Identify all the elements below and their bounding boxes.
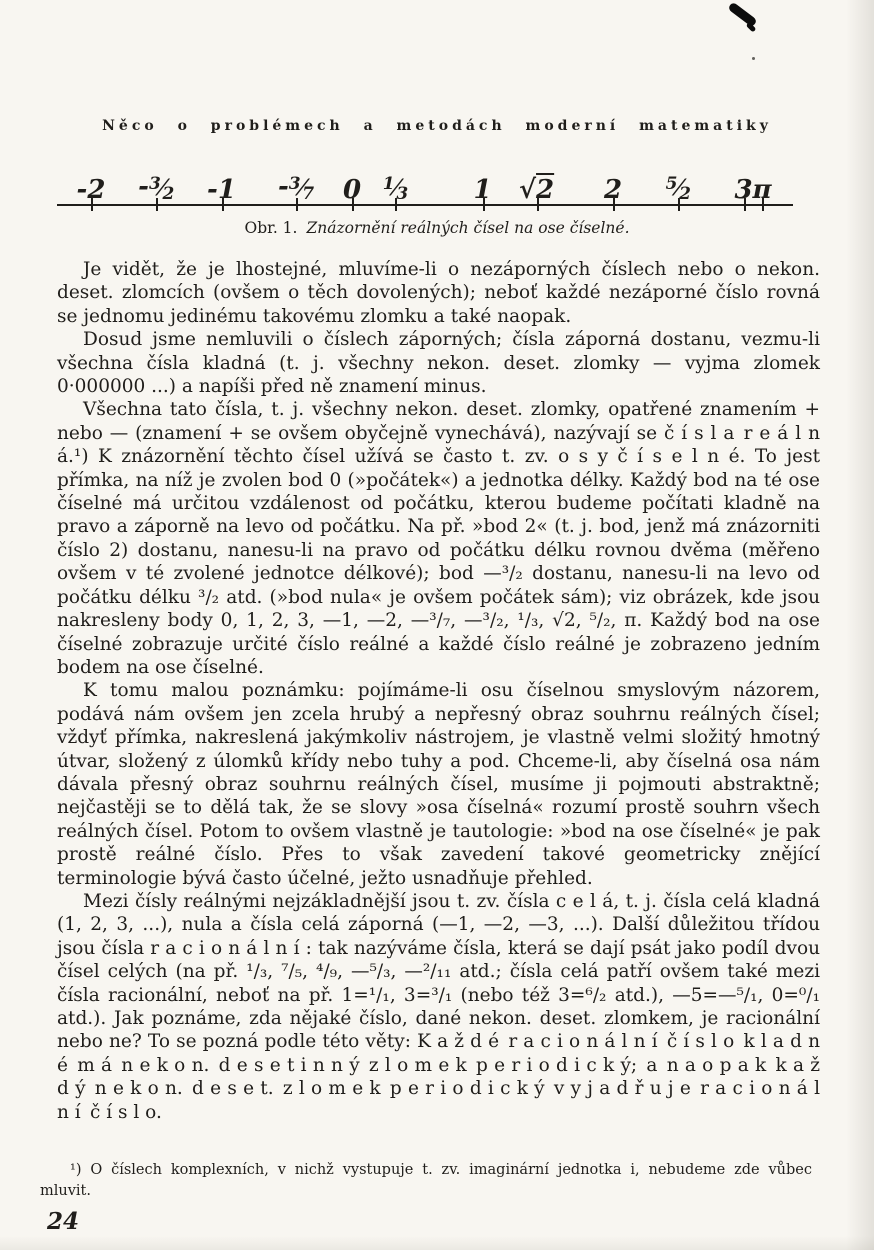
body-text: Je vidět, že je lhostejné, mluvíme-li o … (57, 258, 820, 1124)
caption-text: Znázornění reálných čísel na ose číselné… (306, 219, 629, 237)
axis-tick-label: -3⁄7 (278, 174, 314, 203)
axis-tick-label: 3 (734, 177, 752, 203)
running-head: Něco o problémech a metodách moderní mat… (0, 118, 874, 134)
axis-tick-label: 0 (343, 177, 361, 203)
paragraph-1: Je vidět, že je lhostejné, mluvíme-li o … (57, 258, 820, 328)
axis-tick-label: -2 (77, 177, 106, 203)
paragraph-2: Dosud jsme nemluvili o číslech záporných… (57, 328, 820, 398)
axis-tick-label: -1 (207, 177, 236, 203)
paragraph-5: Mezi čísly reálnými nejzákladnější jsou … (57, 890, 820, 1124)
book-page: Něco o problémech a metodách moderní mat… (0, 0, 874, 1250)
figure-caption: Obr. 1.Znázornění reálných čísel na ose … (0, 219, 874, 237)
axis-tick-label: 1⁄3 (383, 174, 408, 203)
axis-tick-label: 1 (473, 177, 491, 203)
paragraph-4: K tomu malou poznámku: pojímáme-li osu č… (57, 679, 820, 890)
scan-shadow-bottom (0, 1236, 874, 1250)
axis-tick-label: √2 (519, 177, 554, 203)
axis-tick-label: 2 (604, 177, 622, 203)
footnote: ¹) O číslech komplexních, v nichž vystup… (40, 1160, 812, 1202)
ink-mark (727, 2, 757, 28)
axis-line (57, 204, 793, 206)
axis-tick-label: -3⁄2 (138, 174, 174, 203)
ink-dot (752, 57, 755, 60)
page-number: 24 (47, 1208, 79, 1235)
number-line-figure: -2-3⁄2-1-3⁄701⁄31√225⁄23π (0, 160, 874, 224)
caption-label: Obr. 1. (244, 219, 297, 237)
axis-tick-label: π (752, 177, 771, 203)
paragraph-3: Všechna tato čísla, t. j. všechny nekon.… (57, 398, 820, 679)
axis-tick-label: 5⁄2 (666, 174, 691, 203)
